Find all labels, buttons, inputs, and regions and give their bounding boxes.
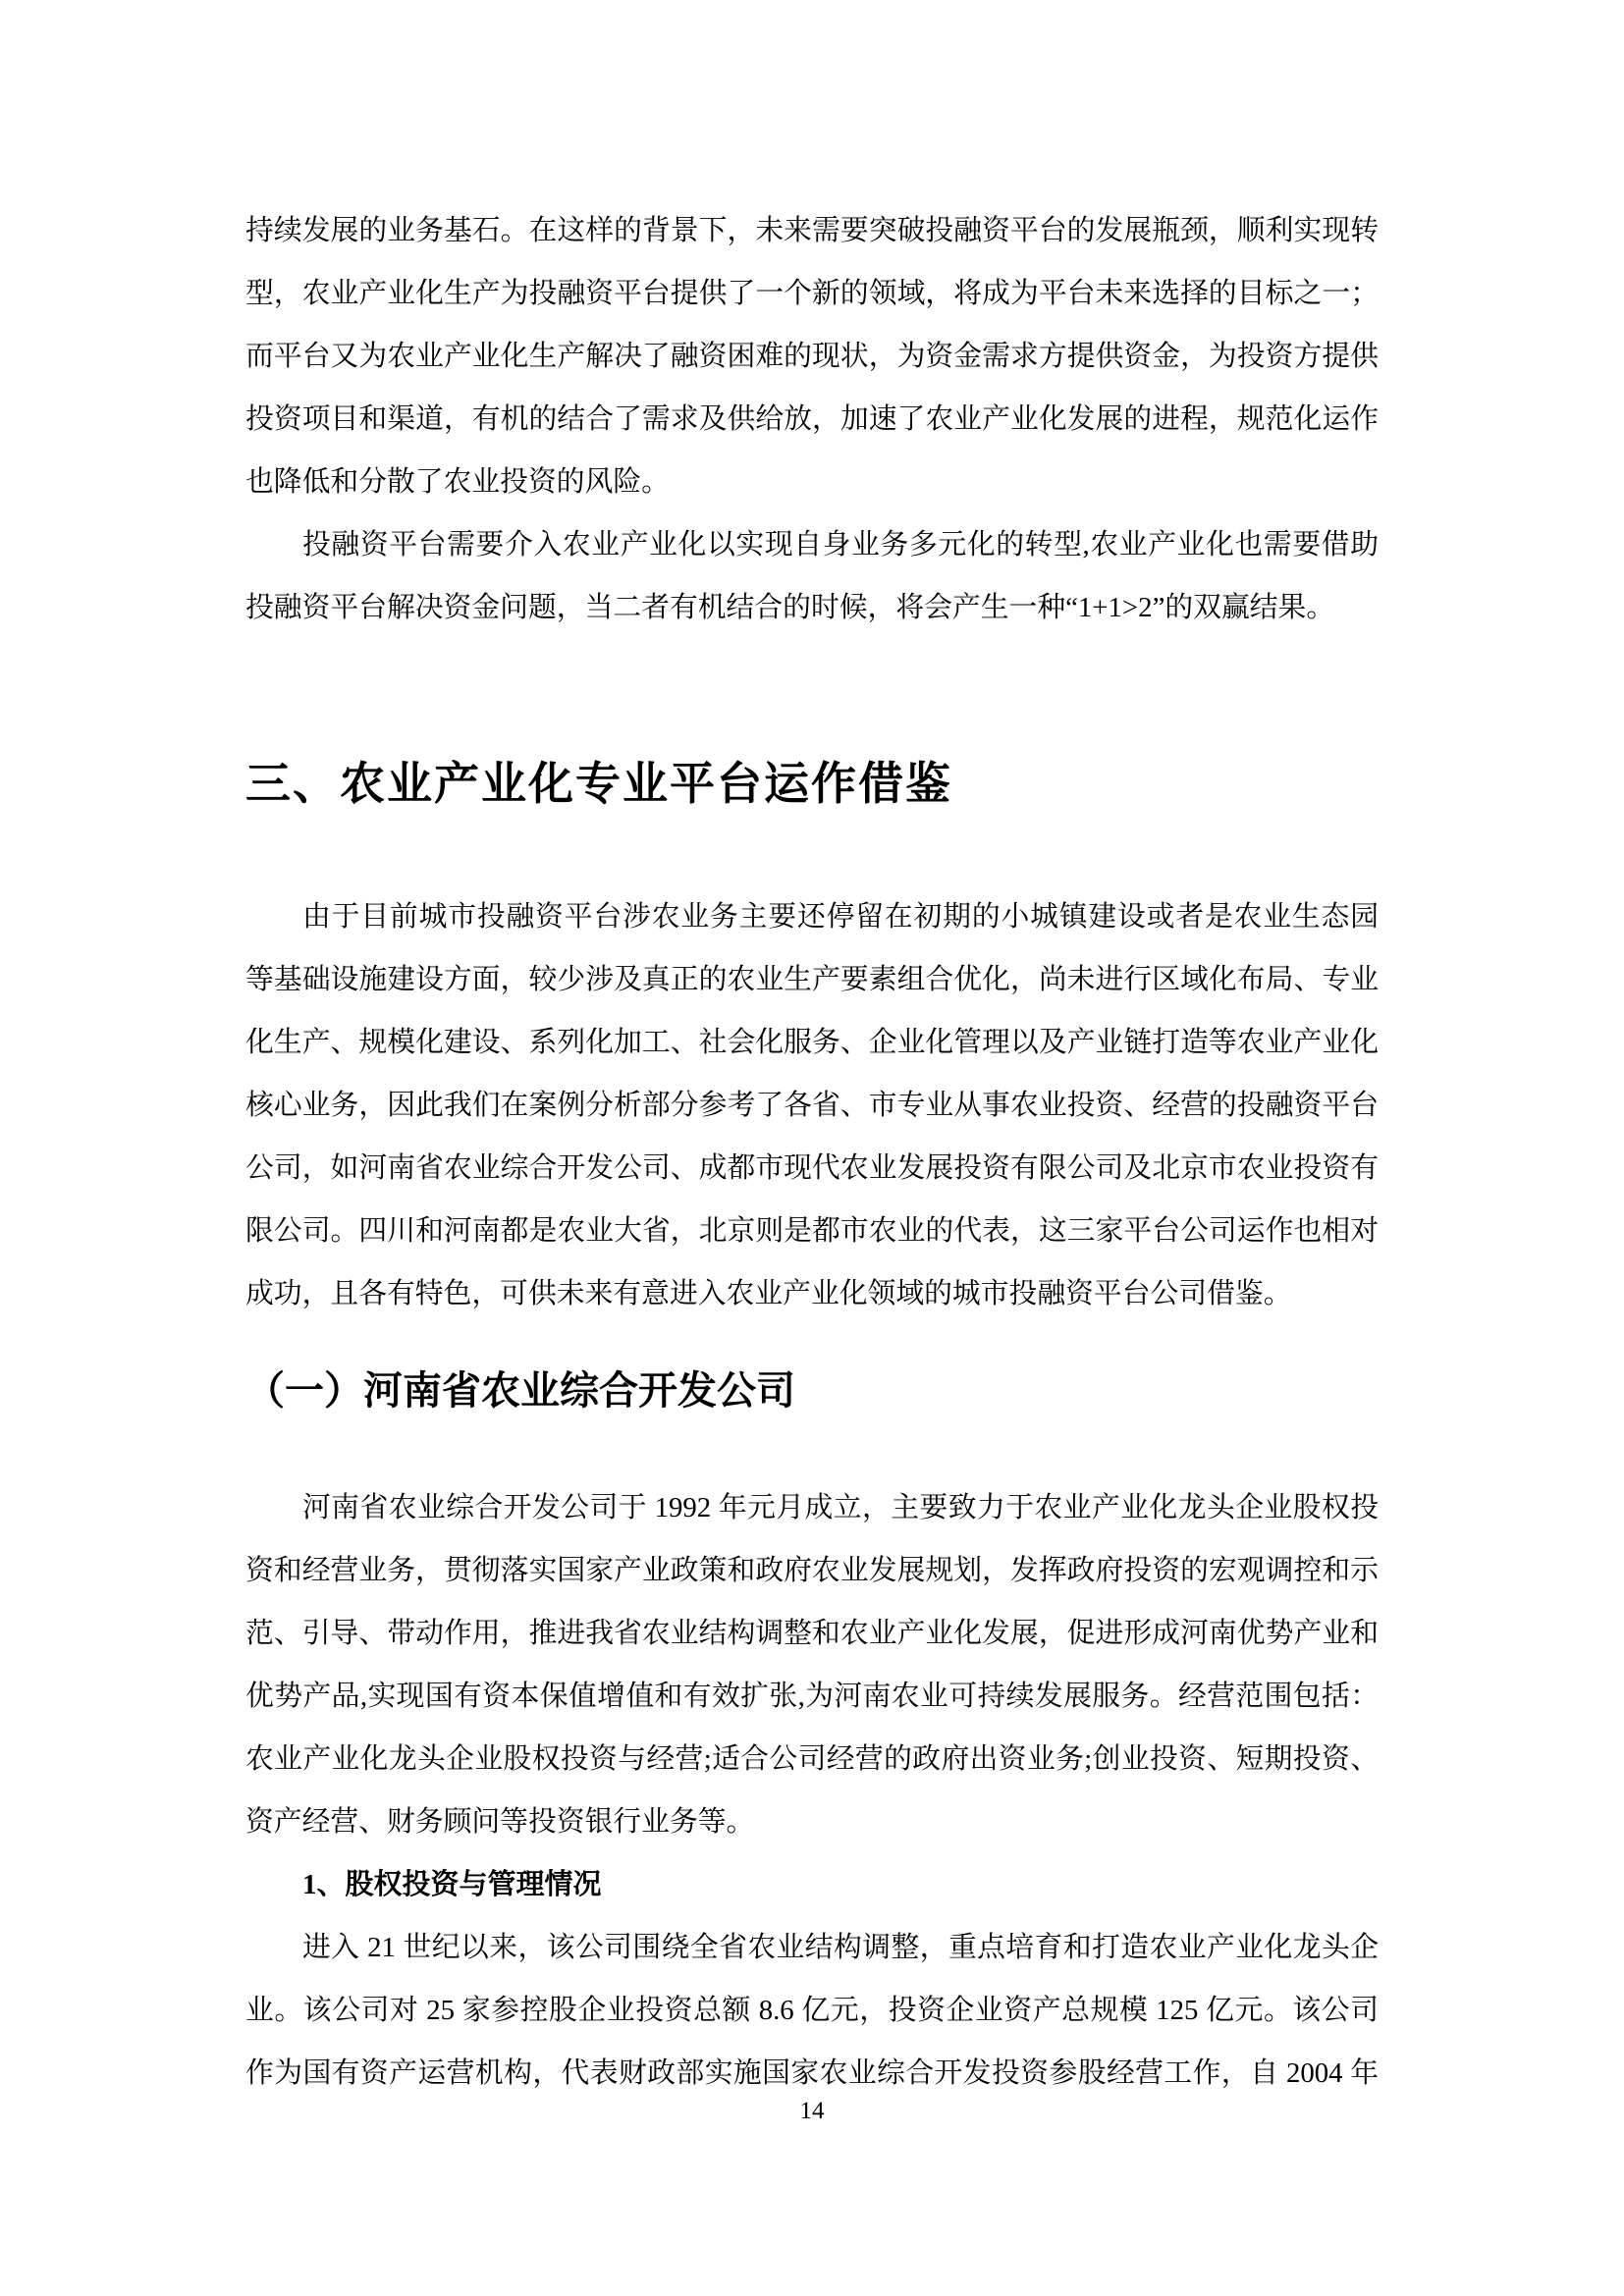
- text-line: 业。该公司对 25 家参控股企业投资总额 8.6 亿元，投资企业资产总规模 12…: [245, 1979, 1379, 2042]
- text-line: 投融资平台需要介入农业产业化以实现自身业务多元化的转型,农业产业化也需要借助: [245, 513, 1379, 576]
- text-line: 投融资平台解决资金问题，当二者有机结合的时候，将会产生一种“1+1>2”的双赢结…: [245, 576, 1379, 639]
- text-line: 成功，且各有特色，可供未来有意进入农业产业化领域的城市投融资平台公司借鉴。: [245, 1262, 1379, 1325]
- text-line: 投资项目和渠道，有机的结合了需求及供给放，加速了农业产业化发展的进程，规范化运作: [245, 388, 1379, 451]
- subsection-heading: （一）河南省农业综合开发公司: [245, 1359, 1379, 1423]
- paragraph: 河南省农业综合开发公司于 1992 年元月成立，主要致力于农业产业化龙头企业股权…: [245, 1476, 1379, 1853]
- section-heading: 三、农业产业化专业平台运作借鉴: [245, 749, 1379, 820]
- text-line: 作为国有资产运营机构，代表财政部实施国家农业综合开发投资参股经营工作，自 200…: [245, 2042, 1379, 2105]
- text-line: 范、引导、带动作用，推进我省农业结构调整和农业产业化发展，促进形成河南优势产业和: [245, 1602, 1379, 1665]
- text-line: 而平台又为农业产业化生产解决了融资困难的现状，为资金需求方提供资金，为投资方提供: [245, 325, 1379, 388]
- text-line: 也降低和分散了农业投资的风险。: [245, 451, 1379, 513]
- document-content: 持续发展的业务基石。在这样的背景下，未来需要突破投融资平台的发展瓶颈，顺利实现转…: [245, 199, 1379, 2105]
- text-line: 等基础设施建设方面，较少涉及真正的农业生产要素组合优化，尚未进行区域化布局、专业: [245, 948, 1379, 1011]
- text-line: 持续发展的业务基石。在这样的背景下，未来需要突破投融资平台的发展瓶颈，顺利实现转: [245, 199, 1379, 262]
- text-line: 型，农业产业化生产为投融资平台提供了一个新的领域，将成为平台未来选择的目标之一；: [245, 262, 1379, 325]
- text-line: 限公司。四川和河南都是农业大省，北京则是都市农业的代表，这三家平台公司运作也相对: [245, 1200, 1379, 1262]
- page-number: 14: [0, 2097, 1624, 2126]
- text-line: 公司，如河南省农业综合开发公司、成都市现代农业发展投资有限公司及北京市农业投资有: [245, 1137, 1379, 1200]
- text-line: 进入 21 世纪以来，该公司围绕全省农业结构调整，重点培育和打造农业产业化龙头企: [245, 1916, 1379, 1979]
- paragraph: 持续发展的业务基石。在这样的背景下，未来需要突破投融资平台的发展瓶颈，顺利实现转…: [245, 199, 1379, 513]
- text-line: 资产经营、财务顾问等投资银行业务等。: [245, 1790, 1379, 1853]
- text-line: 由于目前城市投融资平台涉农业务主要还停留在初期的小城镇建设或者是农业生态园: [245, 885, 1379, 948]
- paragraph: 投融资平台需要介入农业产业化以实现自身业务多元化的转型,农业产业化也需要借助投融…: [245, 513, 1379, 639]
- paragraph: 进入 21 世纪以来，该公司围绕全省农业结构调整，重点培育和打造农业产业化龙头企…: [245, 1916, 1379, 2105]
- text-line: 农业产业化龙头企业股权投资与经营;适合公司经营的政府出资业务;创业投资、短期投资…: [245, 1728, 1379, 1790]
- text-line: 化生产、规模化建设、系列化加工、社会化服务、企业化管理以及产业链打造等农业产业化: [245, 1011, 1379, 1074]
- text-line: 核心业务，因此我们在案例分析部分参考了各省、市专业从事农业投资、经营的投融资平台: [245, 1074, 1379, 1137]
- text-line: 优势产品,实现国有资本保值增值和有效扩张,为河南农业可持续发展服务。经营范围包括…: [245, 1665, 1379, 1728]
- numbered-heading: 1、股权投资与管理情况: [245, 1853, 1379, 1916]
- document-page: 持续发展的业务基石。在这样的背景下，未来需要突破投融资平台的发展瓶颈，顺利实现转…: [0, 0, 1624, 2296]
- paragraph: 由于目前城市投融资平台涉农业务主要还停留在初期的小城镇建设或者是农业生态园等基础…: [245, 885, 1379, 1325]
- text-line: 资和经营业务，贯彻落实国家产业政策和政府农业发展规划，发挥政府投资的宏观调控和示: [245, 1539, 1379, 1602]
- text-line: 河南省农业综合开发公司于 1992 年元月成立，主要致力于农业产业化龙头企业股权…: [245, 1476, 1379, 1539]
